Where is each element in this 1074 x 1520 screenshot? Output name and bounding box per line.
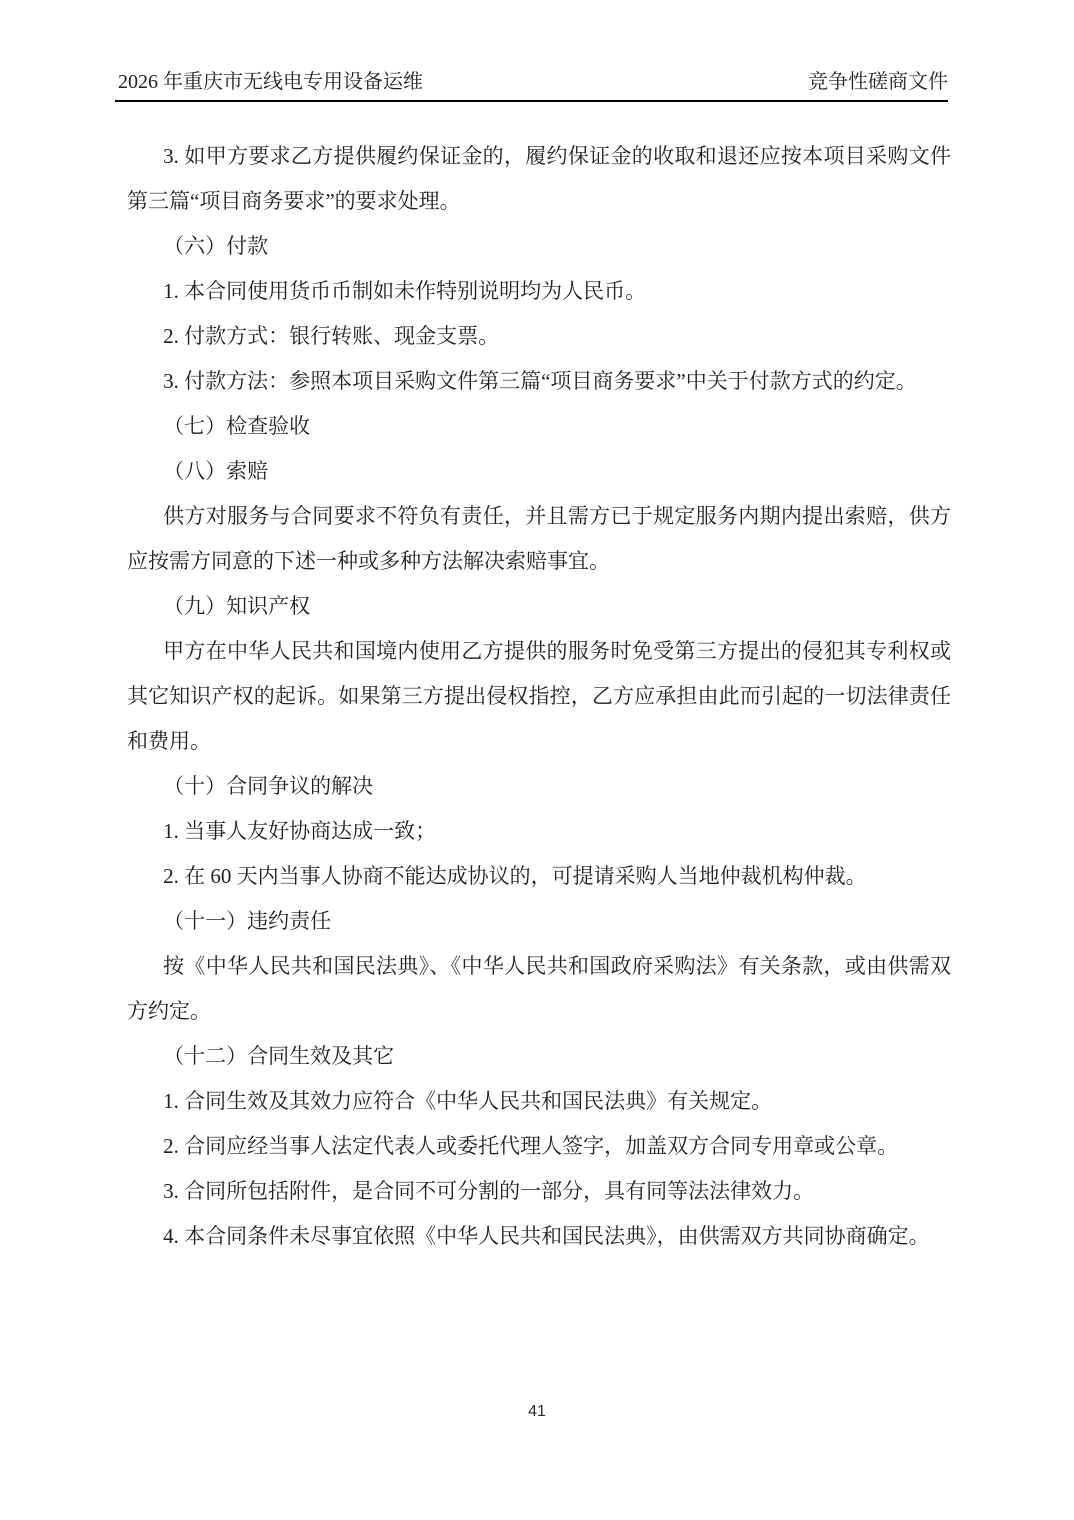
paragraph: （七）检查验收 bbox=[127, 404, 951, 449]
paragraph: （十一）违约责任 bbox=[127, 899, 951, 944]
paragraph: 3. 合同所包括附件，是合同不可分割的一部分，具有同等法法律效力。 bbox=[127, 1169, 951, 1214]
paragraph: 1. 合同生效及其效力应符合《中华人民共和国民法典》有关规定。 bbox=[127, 1079, 951, 1124]
paragraph: 3. 如甲方要求乙方提供履约保证金的，履约保证金的收取和退还应按本项目采购文件第… bbox=[127, 134, 951, 224]
paragraph: 2. 在 60 天内当事人协商不能达成协议的，可提请采购人当地仲裁机构仲裁。 bbox=[127, 854, 951, 899]
paragraph: 1. 当事人友好协商达成一致； bbox=[127, 809, 951, 854]
paragraph: （六）付款 bbox=[127, 224, 951, 269]
paragraph: 2. 付款方式：银行转账、现金支票。 bbox=[127, 314, 951, 359]
document-body: 3. 如甲方要求乙方提供履约保证金的，履约保证金的收取和退还应按本项目采购文件第… bbox=[127, 134, 951, 1259]
header-doc-title: 2026 年重庆市无线电专用设备运维 bbox=[115, 67, 423, 97]
paragraph: 1. 本合同使用货币币制如未作特别说明均为人民币。 bbox=[127, 269, 951, 314]
page-footer: 41 bbox=[0, 1400, 1074, 1424]
paragraph: （十）合同争议的解决 bbox=[127, 764, 951, 809]
paragraph: （九）知识产权 bbox=[127, 584, 951, 629]
paragraph: 按《中华人民共和国民法典》、《中华人民共和国政府采购法》有关条款，或由供需双方约… bbox=[127, 944, 951, 1034]
paragraph: 供方对服务与合同要求不符负有责任，并且需方已于规定服务内期内提出索赔，供方应按需… bbox=[127, 494, 951, 584]
paragraph: 3. 付款方法：参照本项目采购文件第三篇“项目商务要求”中关于付款方式的约定。 bbox=[127, 359, 951, 404]
paragraph: （十二）合同生效及其它 bbox=[127, 1034, 951, 1079]
paragraph: 甲方在中华人民共和国境内使用乙方提供的服务时免受第三方提出的侵犯其专利权或其它知… bbox=[127, 629, 951, 764]
paragraph: （八）索赔 bbox=[127, 449, 951, 494]
document-page: 2026 年重庆市无线电专用设备运维 竞争性磋商文件 3. 如甲方要求乙方提供履… bbox=[0, 0, 1074, 1520]
header-doc-type: 竞争性磋商文件 bbox=[808, 67, 948, 97]
paragraph: 4. 本合同条件未尽事宜依照《中华人民共和国民法典》，由供需双方共同协商确定。 bbox=[127, 1214, 951, 1259]
page-number: 41 bbox=[528, 1403, 546, 1420]
page-header: 2026 年重庆市无线电专用设备运维 竞争性磋商文件 bbox=[115, 68, 948, 102]
paragraph: 2. 合同应经当事人法定代表人或委托代理人签字，加盖双方合同专用章或公章。 bbox=[127, 1124, 951, 1169]
